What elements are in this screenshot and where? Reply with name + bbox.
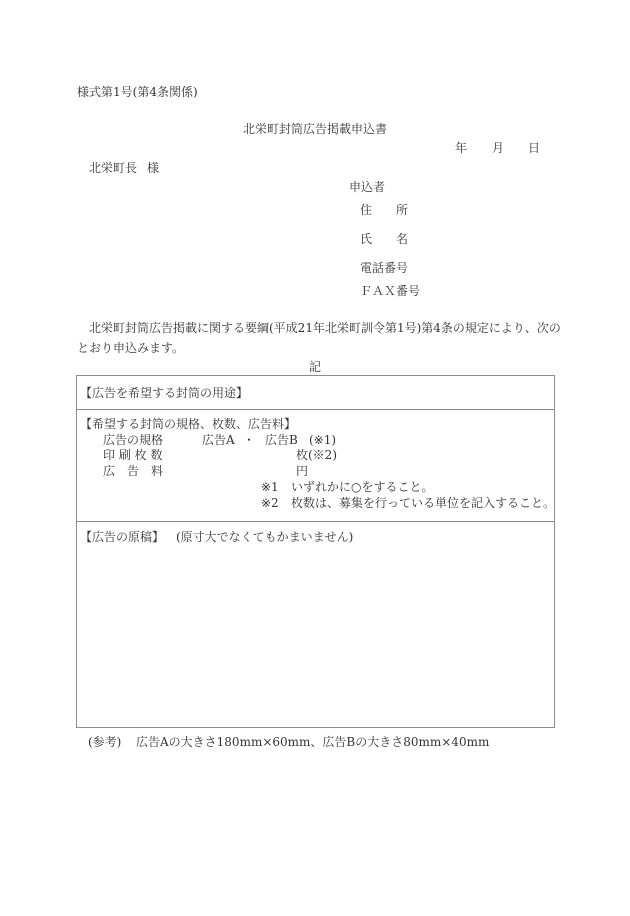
manuscript-area[interactable] xyxy=(77,548,554,727)
print-count-label: 印 刷 枚 数 xyxy=(103,448,162,462)
manuscript-heading: 【広告の原稿】 xyxy=(80,530,164,544)
section-envelope-use-heading: 【広告を希望する封筒の用途】 xyxy=(80,386,248,400)
spec-label: 広告の規格 xyxy=(103,433,163,447)
spec-separator: ・ xyxy=(243,433,255,447)
manuscript-subheading: (原寸大でなくてもかまいません) xyxy=(176,530,353,544)
ad-fee-label: 広 告 料 xyxy=(103,464,163,478)
ki-label: 記 xyxy=(309,360,321,374)
addressee-honorific: 様 xyxy=(147,161,159,175)
note2-text: 枚数は、募集を行っている単位を記入すること。 xyxy=(291,496,555,510)
date-day-label: 日 xyxy=(528,141,540,155)
date-month-label: 月 xyxy=(492,141,504,155)
applicant-label: 申込者 xyxy=(349,180,385,194)
spec-note-ref: (※1) xyxy=(309,433,336,447)
phone-label: 電話番号 xyxy=(360,261,408,275)
application-table: 【広告を希望する封筒の用途】 【希望する封筒の規格、枚数、広告料】 広告の規格 … xyxy=(76,375,555,728)
date-year-label: 年 xyxy=(455,141,467,155)
reference-text: 広告Aの大きさ180mm×60mm、広告Bの大きさ80mm×40mm xyxy=(136,735,489,749)
fax-label: ＦＡＸ番号 xyxy=(360,284,420,298)
print-count-unit: 枚(※2) xyxy=(296,448,337,462)
note2-mark: ※2 xyxy=(261,496,279,510)
name-label: 氏 名 xyxy=(360,232,408,246)
section-envelope-use: 【広告を希望する封筒の用途】 xyxy=(77,376,554,410)
reference-label: (参考) xyxy=(88,735,121,749)
body-text-line1: 北栄町封筒広告掲載に関する要綱(平成21年北栄町訓令第1号)第4条の規定により、… xyxy=(89,321,561,335)
section-spec-heading: 【希望する封筒の規格、枚数、広告料】 xyxy=(80,417,296,431)
spec-option-a[interactable]: 広告A xyxy=(202,433,235,447)
form-number: 様式第1号(第4条関係) xyxy=(77,85,198,99)
note1-mark: ※1 xyxy=(261,480,279,494)
addressee-name: 北栄町長 xyxy=(89,161,137,175)
body-text-line2: とおり申込みます。 xyxy=(77,341,184,355)
ad-fee-unit: 円 xyxy=(296,464,308,478)
document-title: 北栄町封筒広告掲載申込書 xyxy=(243,122,387,136)
address-label: 住 所 xyxy=(360,203,408,217)
section-spec-count-fee: 【希望する封筒の規格、枚数、広告料】 広告の規格 広告A ・ 広告B (※1) … xyxy=(77,410,554,522)
spec-option-b[interactable]: 広告B xyxy=(265,433,298,447)
section-ad-manuscript: 【広告の原稿】 (原寸大でなくてもかまいません) xyxy=(77,522,554,727)
note1-text: いずれかに○をすること。 xyxy=(291,480,433,494)
